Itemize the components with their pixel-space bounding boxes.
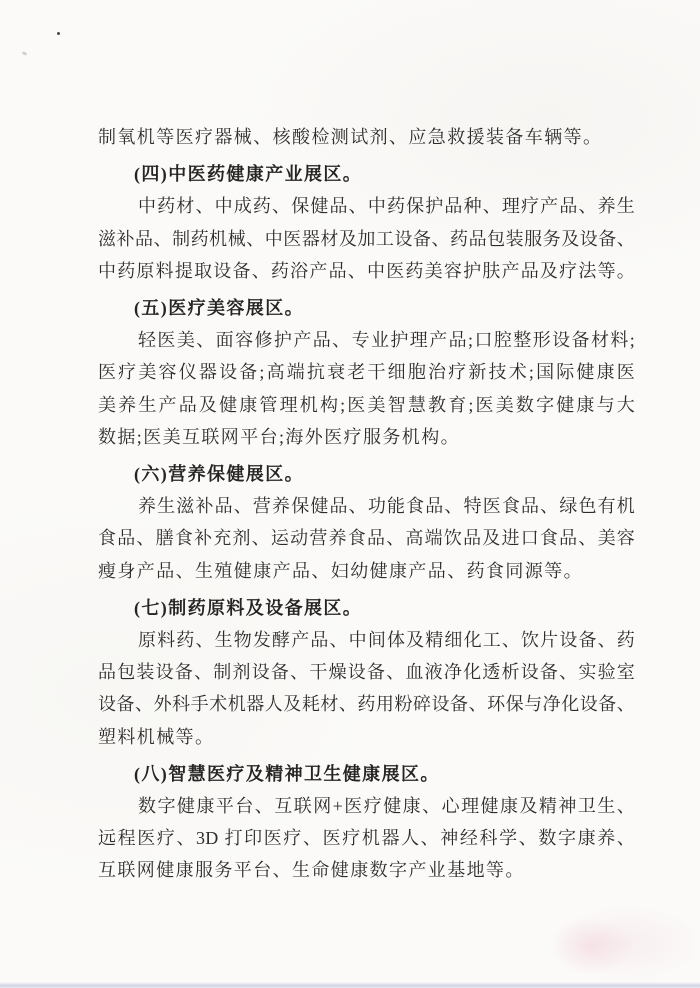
section-heading: (四)中医药健康产业展区。	[98, 158, 635, 190]
section-heading: (八)智慧医疗及精神卫生健康展区。	[98, 758, 635, 790]
page-bottom-edge-shadow	[0, 982, 700, 988]
document-page: 制氧机等医疗器械、核酸检测试剂、应急救援装备车辆等。(四)中医药健康产业展区。中…	[0, 0, 700, 988]
text-line: 制氧机等医疗器械、核酸检测试剂、应急救援装备车辆等。	[98, 121, 635, 153]
text-line: 轻医美、面容修护产品、专业护理产品;口腔整形设备材料;	[98, 324, 635, 356]
section-heading: (七)制药原料及设备展区。	[98, 592, 635, 624]
section-heading: (六)营养保健展区。	[98, 458, 635, 490]
text-line: 中药原料提取设备、药浴产品、中医药美容护肤产品及疗法等。	[98, 255, 635, 287]
text-line: 美养生产品及健康管理机构;医美智慧教育;医美数字健康与大	[98, 389, 635, 421]
text-line: 瘦身产品、生殖健康产品、妇幼健康产品、药食同源等。	[98, 555, 635, 587]
scan-speck	[57, 32, 60, 35]
text-line: 品包装设备、制剂设备、干燥设备、血液净化透析设备、实验室	[98, 656, 635, 688]
text-line: 设备、外科手术机器人及耗材、药用粉碎设备、环保与净化设备、	[98, 688, 635, 720]
text-line: 互联网健康服务平台、生命健康数字产业基地等。	[98, 854, 635, 886]
text-line: 医疗美容仪器设备;高端抗衰老干细胞治疗新技术;国际健康医	[98, 356, 635, 388]
text-line: 数据;医美互联网平台;海外医疗服务机构。	[98, 421, 635, 453]
scan-speck	[22, 51, 28, 56]
text-line: 滋补品、制药机械、中医器材及加工设备、药品包装服务及设备、	[98, 223, 635, 255]
text-line: 养生滋补品、营养保健品、功能食品、特医食品、绿色有机	[98, 490, 635, 522]
text-line: 原料药、生物发酵产品、中间体及精细化工、饮片设备、药	[98, 624, 635, 656]
text-line: 数字健康平台、互联网+医疗健康、心理健康及精神卫生、	[98, 790, 635, 822]
text-line: 塑料机械等。	[98, 721, 635, 753]
text-line: 远程医疗、3D 打印医疗、医疗机器人、神经科学、数字康养、	[98, 822, 635, 854]
document-text-block: 制氧机等医疗器械、核酸检测试剂、应急救援装备车辆等。(四)中医药健康产业展区。中…	[98, 121, 635, 887]
text-line: 食品、膳食补充剂、运动营养食品、高端饮品及进口食品、美容	[98, 522, 635, 554]
stamp-bleed-smudge	[512, 888, 700, 988]
text-line: 中药材、中成药、保健品、中药保护品种、理疗产品、养生	[98, 190, 635, 222]
section-heading: (五)医疗美容展区。	[98, 292, 635, 324]
